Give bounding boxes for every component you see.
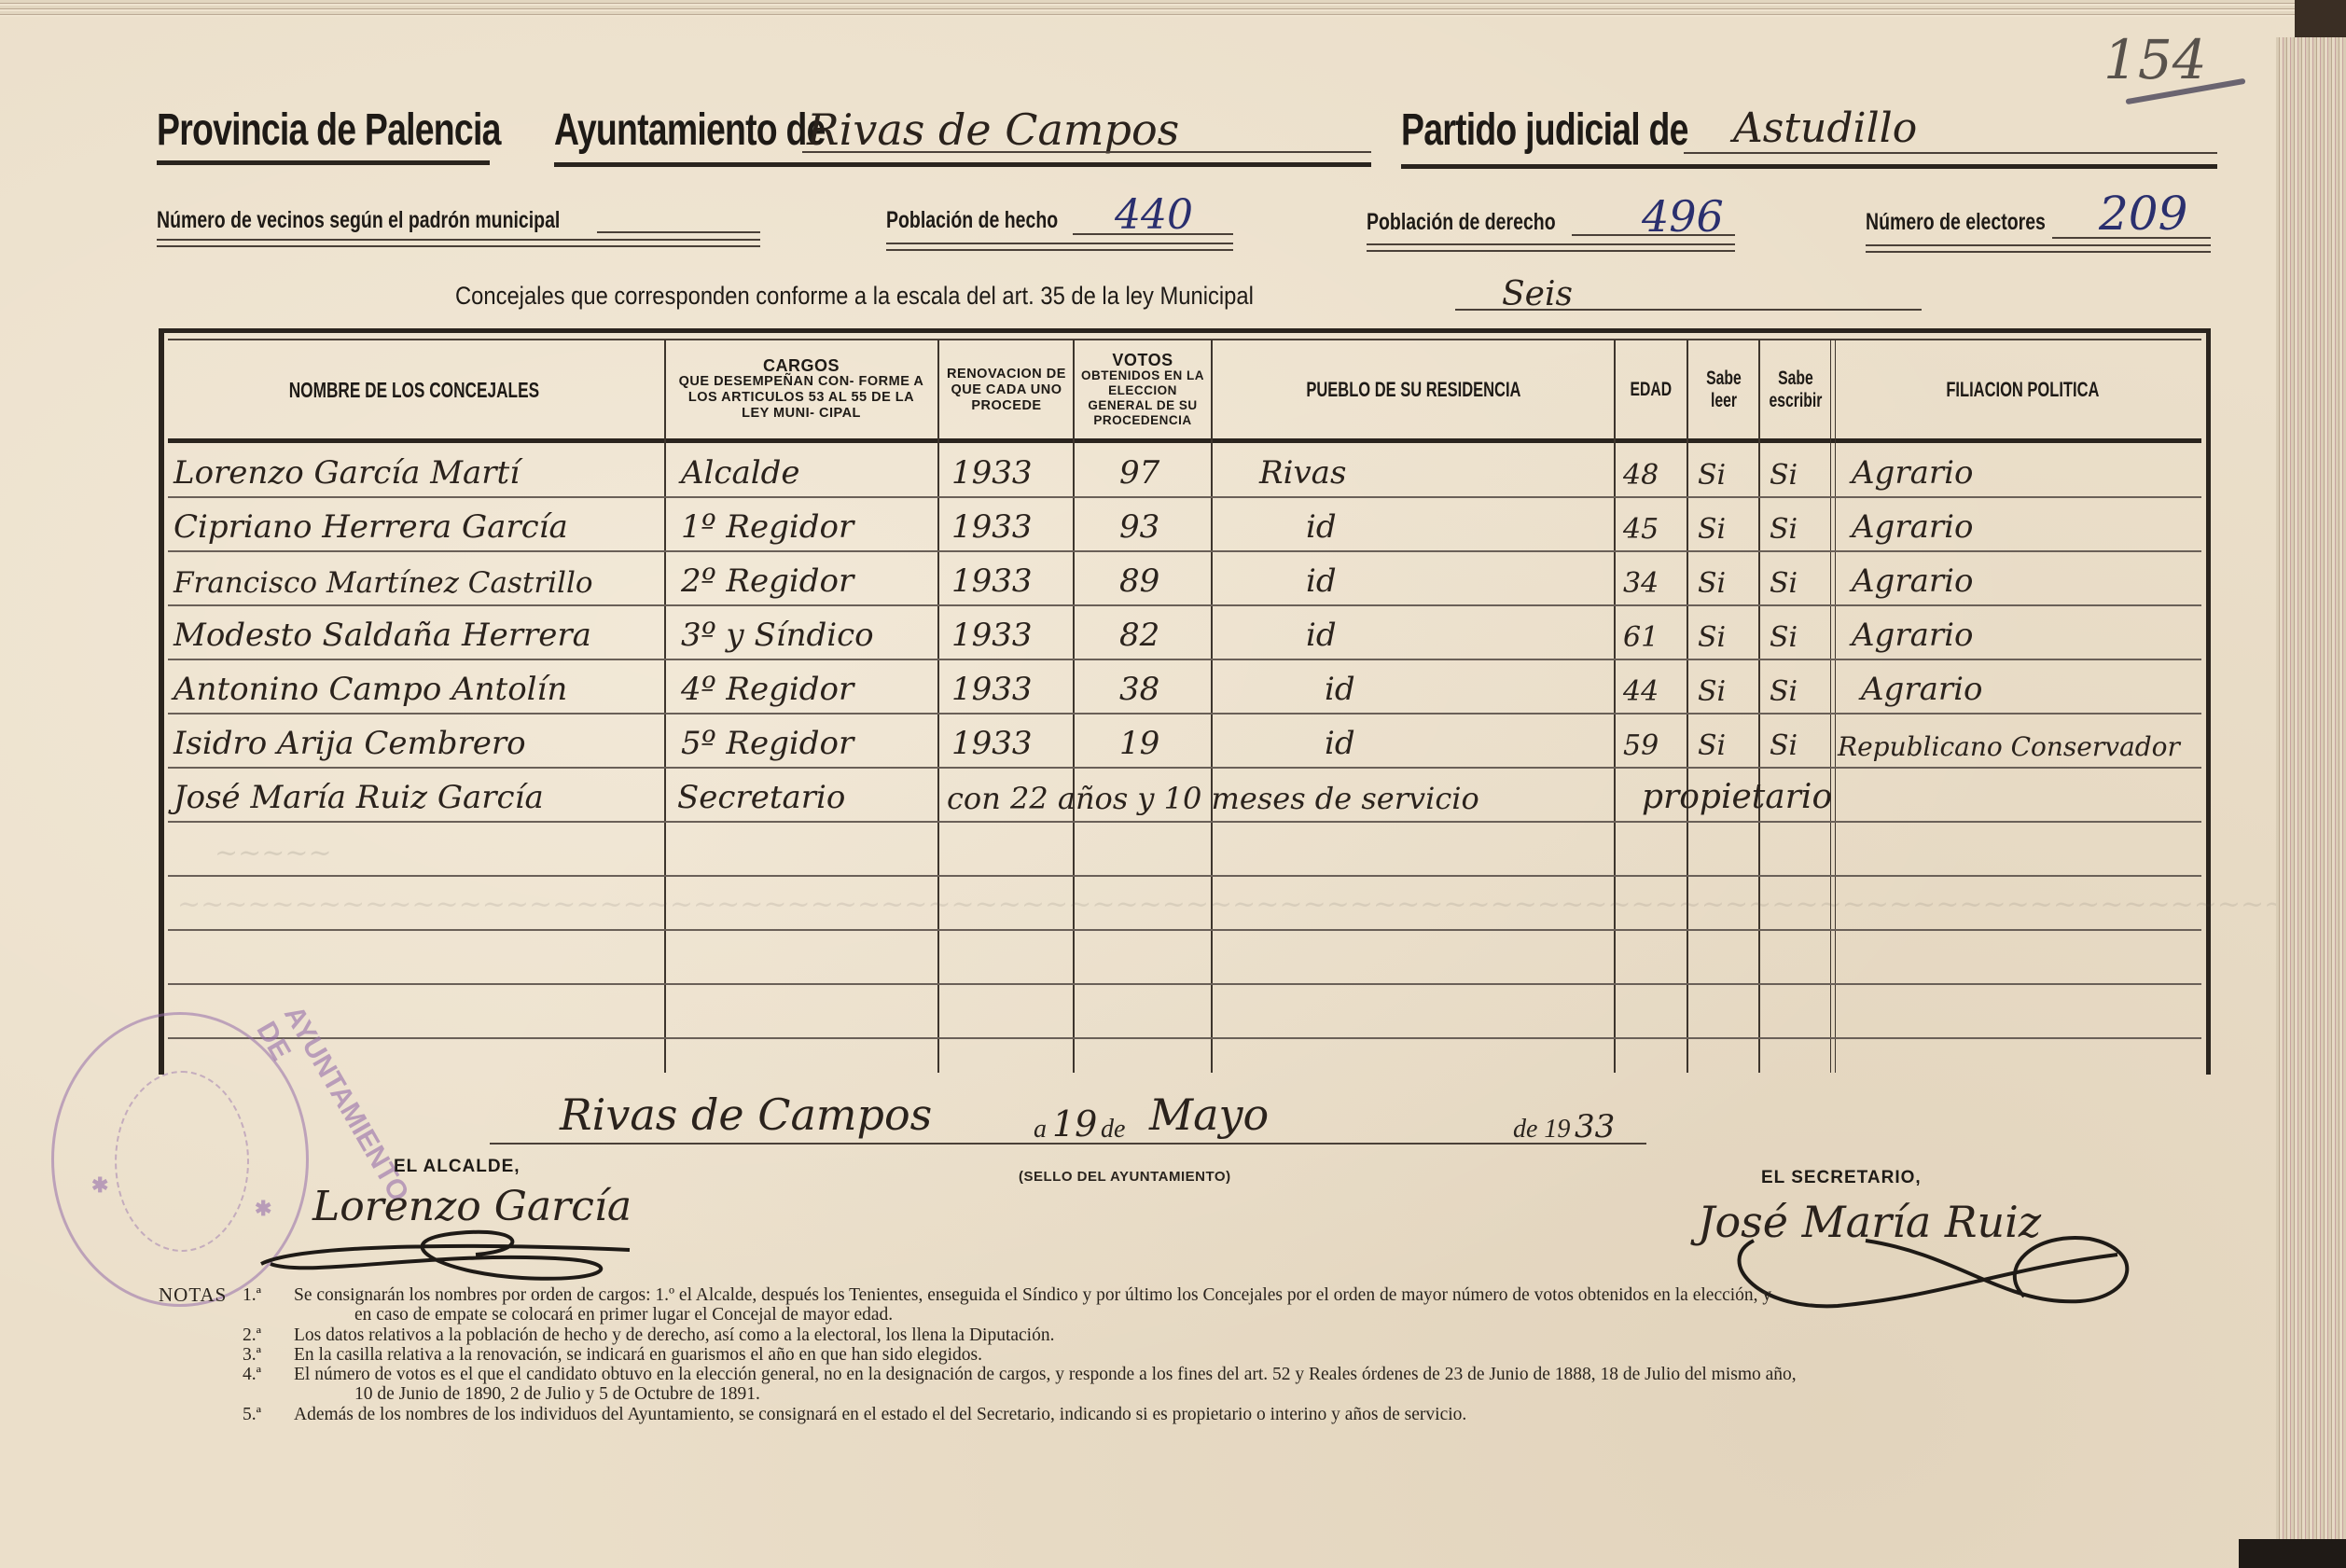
row-rule [168,1037,2201,1039]
row-7-cargo: Secretario [677,768,938,822]
row-2-cargo: 1º Regidor [681,497,933,551]
row-4-pueblo: id [1306,605,1614,659]
cell-text: id [1325,671,1355,708]
cell-text: 48 [1623,459,1659,492]
row-2-leer: Si [1698,497,1758,551]
row-2-escribir: Si [1770,497,1830,551]
seal-caption: (SELLO DEL AYUNTAMIENTO) [1019,1169,1231,1185]
note-1-num: 1.ª [243,1285,261,1305]
book-binding [2239,1539,2346,1568]
header-cargos-title: CARGOS [763,358,840,374]
note-4-cont: 10 de Junio de 1890, 2 de Julio y 5 de O… [354,1384,760,1404]
row-5-cargo: 4º Regidor [681,659,933,714]
note-5-text: Además de los nombres de los individuos … [294,1405,1466,1424]
cell-text: Lorenzo García Martí [174,454,520,492]
alcalde-signature-flourish [252,1222,644,1292]
header-renovacion-text: RENOVACION DE QUE CADA UNO PROCEDE [941,367,1072,414]
secretario-label: EL SECRETARIO, [1761,1168,1922,1188]
row-1-nombre: Lorenzo García Martí [174,443,664,497]
cell-text: 3º y Síndico [681,617,874,654]
row-1-edad: 48 [1623,443,1687,497]
cell-text: 4º Regidor [681,671,854,708]
cell-text: id [1306,617,1337,654]
table-border-top-inner [168,339,2201,340]
row-6-escribir: Si [1770,714,1830,768]
cell-text: 45 [1623,513,1659,546]
cell-text: Si [1770,513,1798,546]
row-6-leer: Si [1698,714,1758,768]
cell-text: Agrario [1852,508,1973,546]
date-day: 19 [1052,1103,1097,1145]
row-1-filiacion: Agrario [1852,443,2206,497]
table-border-right [2206,328,2211,1075]
row-4-leer: Si [1698,605,1758,659]
row-2-renovacion: 1933 [951,497,1073,551]
electores-rule-1 [1866,244,2211,246]
vecinos-rule-2 [157,245,760,247]
row-5-renovacion: 1933 [951,659,1073,714]
cell-text: 1933 [951,454,1033,492]
cell-text: Modesto Saldaña Herrera [174,617,591,654]
cell-text: 89 [1119,562,1159,600]
cell-text: id [1325,725,1355,762]
row-3-escribir: Si [1770,551,1830,605]
header-nombre: NOMBRE DE LOS CONCEJALES [164,341,664,438]
provincia-underline [157,160,490,165]
hecho-value: 440 [1115,191,1193,239]
cell-text: Francisco Martínez Castrillo [174,566,593,600]
col-divider [1211,340,1213,1073]
cell-text: con 22 años y 10 meses de servicio [947,781,1479,816]
cell-text: 61 [1623,621,1659,654]
bleed-through-text: ~~~~~ [215,837,332,869]
ayuntamiento-fill-line [802,151,1371,153]
ayuntamiento-label: Ayuntamiento de [554,104,826,156]
cell-text: propietario [1642,778,1832,816]
cell-text: Si [1770,621,1798,654]
derecho-rule-2 [1367,250,1735,252]
row-6-cargo: 5º Regidor [681,714,933,768]
row-5-nombre: Antonino Campo Antolín [174,659,664,714]
partido-value: Astudillo [1733,104,1917,152]
bleed-through-text: ~~~~~~~~~~~~~~~~~~~~~~~~~~~~~~~~~~~~~~~~… [177,888,2311,921]
partido-underline [1401,164,2217,169]
row-1-votos: 97 [1119,443,1211,497]
note-2-text: Los datos relativos a la población de he… [294,1325,1054,1345]
cell-text: id [1306,508,1337,546]
cell-text: 1933 [951,508,1033,546]
cell-text: Republicano Conservador [1838,731,2180,762]
cell-text: id [1306,562,1337,600]
book-page-edges [2276,37,2346,1568]
row-rule [168,929,2201,931]
cell-text: 38 [1119,671,1159,708]
cell-text: Isidro Arija Cembrero [174,725,526,762]
cell-text: 44 [1623,675,1659,708]
date-a-label: a [1034,1115,1047,1145]
note-5-num: 5.ª [243,1405,261,1424]
header-cargos: CARGOS QUE DESEMPEÑAN CON- FORME A LOS A… [666,341,937,438]
cell-text: 97 [1119,454,1159,492]
vecinos-label: Número de vecinos según el padrón munici… [157,207,560,234]
row-2-pueblo: id [1306,497,1614,551]
cell-text: Si [1698,675,1726,708]
header-filiacion: FILIACION POLITICA [1836,341,2209,438]
partido-label: Partido judicial de [1401,104,1688,156]
row-3-cargo: 2º Regidor [681,551,933,605]
electores-fill-line [2052,237,2211,239]
header-sabe-leer-text: Sabe leer [1702,368,1744,412]
electores-rule-2 [1866,251,2211,253]
cell-text: Si [1698,567,1726,600]
alcalde-label: EL ALCALDE, [394,1157,521,1177]
row-1-cargo: Alcalde [681,443,933,497]
hecho-label: Población de hecho [886,207,1058,234]
date-year-label: de 19 [1513,1115,1570,1145]
cell-text: 1933 [951,671,1033,708]
cell-text: 34 [1623,567,1659,600]
row-6-renovacion: 1933 [951,714,1073,768]
cell-text: Agrario [1852,617,1973,654]
row-1-escribir: Si [1770,443,1830,497]
row-2-nombre: Cipriano Herrera García [174,497,664,551]
note-4-num: 4.ª [243,1365,261,1384]
row-6-votos: 19 [1119,714,1211,768]
concejales-fill-line [1455,309,1922,311]
note-2-num: 2.ª [243,1325,261,1345]
note-3-text: En la casilla relativa a la renovación, … [294,1345,982,1365]
row-rule [168,875,2201,877]
vecinos-rule-1 [157,239,760,241]
header-cargos-sub: QUE DESEMPEÑAN CON- FORME A LOS ARTICULO… [675,374,927,422]
cell-text: Si [1698,513,1726,546]
secretario-signature-flourish [1726,1231,2173,1315]
cell-text: 1933 [951,617,1033,654]
cell-text: Si [1770,459,1798,492]
cell-text: 59 [1623,729,1659,762]
row-3-renovacion: 1933 [951,551,1073,605]
header-edad-text: EDAD [1631,379,1673,401]
row-7-service-note: con 22 años y 10 meses de servicio [947,768,1618,822]
row-3-filiacion: Agrario [1852,551,2206,605]
cell-text: Si [1698,459,1726,492]
col-divider [1758,340,1760,1073]
date-month: Mayo [1149,1089,1269,1140]
note-3-num: 3.ª [243,1345,261,1365]
cell-text: Alcalde [681,454,800,492]
stamp-star-icon: ✱ [91,1173,108,1198]
cell-text: Rivas [1259,454,1346,492]
document-page: 154 Provincia de Palencia Ayuntamiento d… [0,0,2295,1568]
row-5-filiacion: Agrario [1861,659,2206,714]
hecho-rule-2 [886,249,1233,251]
cell-text: 2º Regidor [681,562,854,600]
col-divider [1073,340,1075,1073]
row-5-escribir: Si [1770,659,1830,714]
cell-text: José María Ruiz García [174,779,544,816]
electores-value: 209 [2099,187,2187,241]
row-5-pueblo: id [1325,659,1614,714]
cell-text: Agrario [1852,454,1973,492]
cell-text: Si [1770,567,1798,600]
concejales-value: Seis [1502,275,1573,313]
derecho-fill-line [1572,234,1735,236]
row-7-status: propietario [1642,768,2108,822]
hecho-fill-line [1073,233,1233,235]
row-6-filiacion: Republicano Conservador [1838,714,2285,768]
row-2-votos: 93 [1119,497,1211,551]
row-4-filiacion: Agrario [1852,605,2206,659]
row-rule [168,983,2201,985]
provincia-title: Provincia de Palencia [157,104,501,156]
cell-text: Agrario [1852,562,1973,600]
cell-text: Si [1698,729,1726,762]
page-edge-top [0,0,2295,17]
note-4-text: El número de votos es el que el candidat… [294,1365,1797,1384]
concejales-table: NOMBRE DE LOS CONCEJALES CARGOS QUE DESE… [159,328,2211,1075]
header-votos-title: VOTOS [1112,353,1173,368]
cell-text: Si [1770,675,1798,708]
row-2-filiacion: Agrario [1852,497,2206,551]
row-4-nombre: Modesto Saldaña Herrera [174,605,664,659]
row-1-pueblo: Rivas [1259,443,1614,497]
derecho-rule-1 [1367,243,1735,245]
ayuntamiento-value: Rivas de Campos [807,104,1179,155]
electores-label: Número de electores [1866,209,2046,236]
header-pueblo-text: PUEBLO DE SU RESIDENCIA [1306,378,1520,402]
cell-text: 19 [1119,725,1159,762]
cell-text: 5º Regidor [681,725,854,762]
header-filiacion-text: FILIACION POLITICA [1946,378,2099,402]
ayuntamiento-underline [554,162,1371,167]
row-4-renovacion: 1933 [951,605,1073,659]
cell-text: Cipriano Herrera García [174,508,568,546]
row-3-pueblo: id [1306,551,1614,605]
cell-text: 1º Regidor [681,508,854,546]
cell-text: 1933 [951,562,1033,600]
header-pueblo: PUEBLO DE SU RESIDENCIA [1213,341,1614,438]
note-1-cont: en caso de empate se colocará en primer … [354,1305,893,1325]
cell-text: 82 [1119,617,1159,654]
row-6-pueblo: id [1325,714,1614,768]
concejales-label: Concejales que corresponden conforme a l… [455,282,1254,311]
col-divider-double [1830,340,1836,1073]
header-sabe-escribir: Sabe escribir [1760,341,1830,438]
date-place: Rivas de Campos [560,1089,932,1140]
row-4-edad: 61 [1623,605,1687,659]
cell-text: Agrario [1861,671,1982,708]
row-3-edad: 34 [1623,551,1687,605]
header-votos: VOTOS OBTENIDOS EN LA ELECCION GENERAL D… [1075,341,1211,438]
col-divider [664,340,666,1073]
col-divider [937,340,939,1073]
row-1-leer: Si [1698,443,1758,497]
derecho-label: Población de derecho [1367,209,1556,236]
hecho-rule-1 [886,243,1233,244]
row-5-votos: 38 [1119,659,1211,714]
col-divider [1614,340,1616,1073]
cell-text: Si [1698,621,1726,654]
note-1-text: Se consignarán los nombres por orden de … [294,1285,1771,1305]
col-divider [1687,340,1688,1073]
header-sabe-leer: Sabe leer [1688,341,1758,438]
vecinos-fill-line [597,231,760,233]
date-year-value: 33 [1575,1108,1615,1145]
row-3-leer: Si [1698,551,1758,605]
table-border-top [159,328,2211,333]
cell-text: 1933 [951,725,1033,762]
date-de-label: de [1101,1115,1125,1145]
cell-text: Si [1770,729,1798,762]
row-4-escribir: Si [1770,605,1830,659]
row-3-nombre: Francisco Martínez Castrillo [174,551,664,605]
row-6-nombre: Isidro Arija Cembrero [174,714,664,768]
table-border-left [159,328,164,1075]
row-6-edad: 59 [1623,714,1687,768]
row-5-edad: 44 [1623,659,1687,714]
stamp-star-icon: ✱ [255,1197,271,1221]
header-nombre-text: NOMBRE DE LOS CONCEJALES [289,378,539,403]
header-votos-sub: OBTENIDOS EN LA ELECCION GENERAL DE SU P… [1080,368,1206,428]
row-3-votos: 89 [1119,551,1211,605]
row-7-nombre: José María Ruiz García [174,768,664,822]
notes-label: NOTAS [159,1285,227,1305]
cell-text: Antonino Campo Antolín [174,671,567,708]
row-1-renovacion: 1933 [951,443,1073,497]
partido-fill-line [1684,152,2217,154]
row-2-edad: 45 [1623,497,1687,551]
row-5-leer: Si [1698,659,1758,714]
row-4-votos: 82 [1119,605,1211,659]
page-number: 154 [2103,28,2207,91]
row-4-cargo: 3º y Síndico [681,605,933,659]
header-edad: EDAD [1616,341,1687,438]
header-renovacion: RENOVACION DE QUE CADA UNO PROCEDE [940,341,1073,438]
cell-text: Secretario [677,779,845,816]
header-sabe-escribir-text: Sabe escribir [1769,368,1822,412]
cell-text: 93 [1119,508,1159,546]
